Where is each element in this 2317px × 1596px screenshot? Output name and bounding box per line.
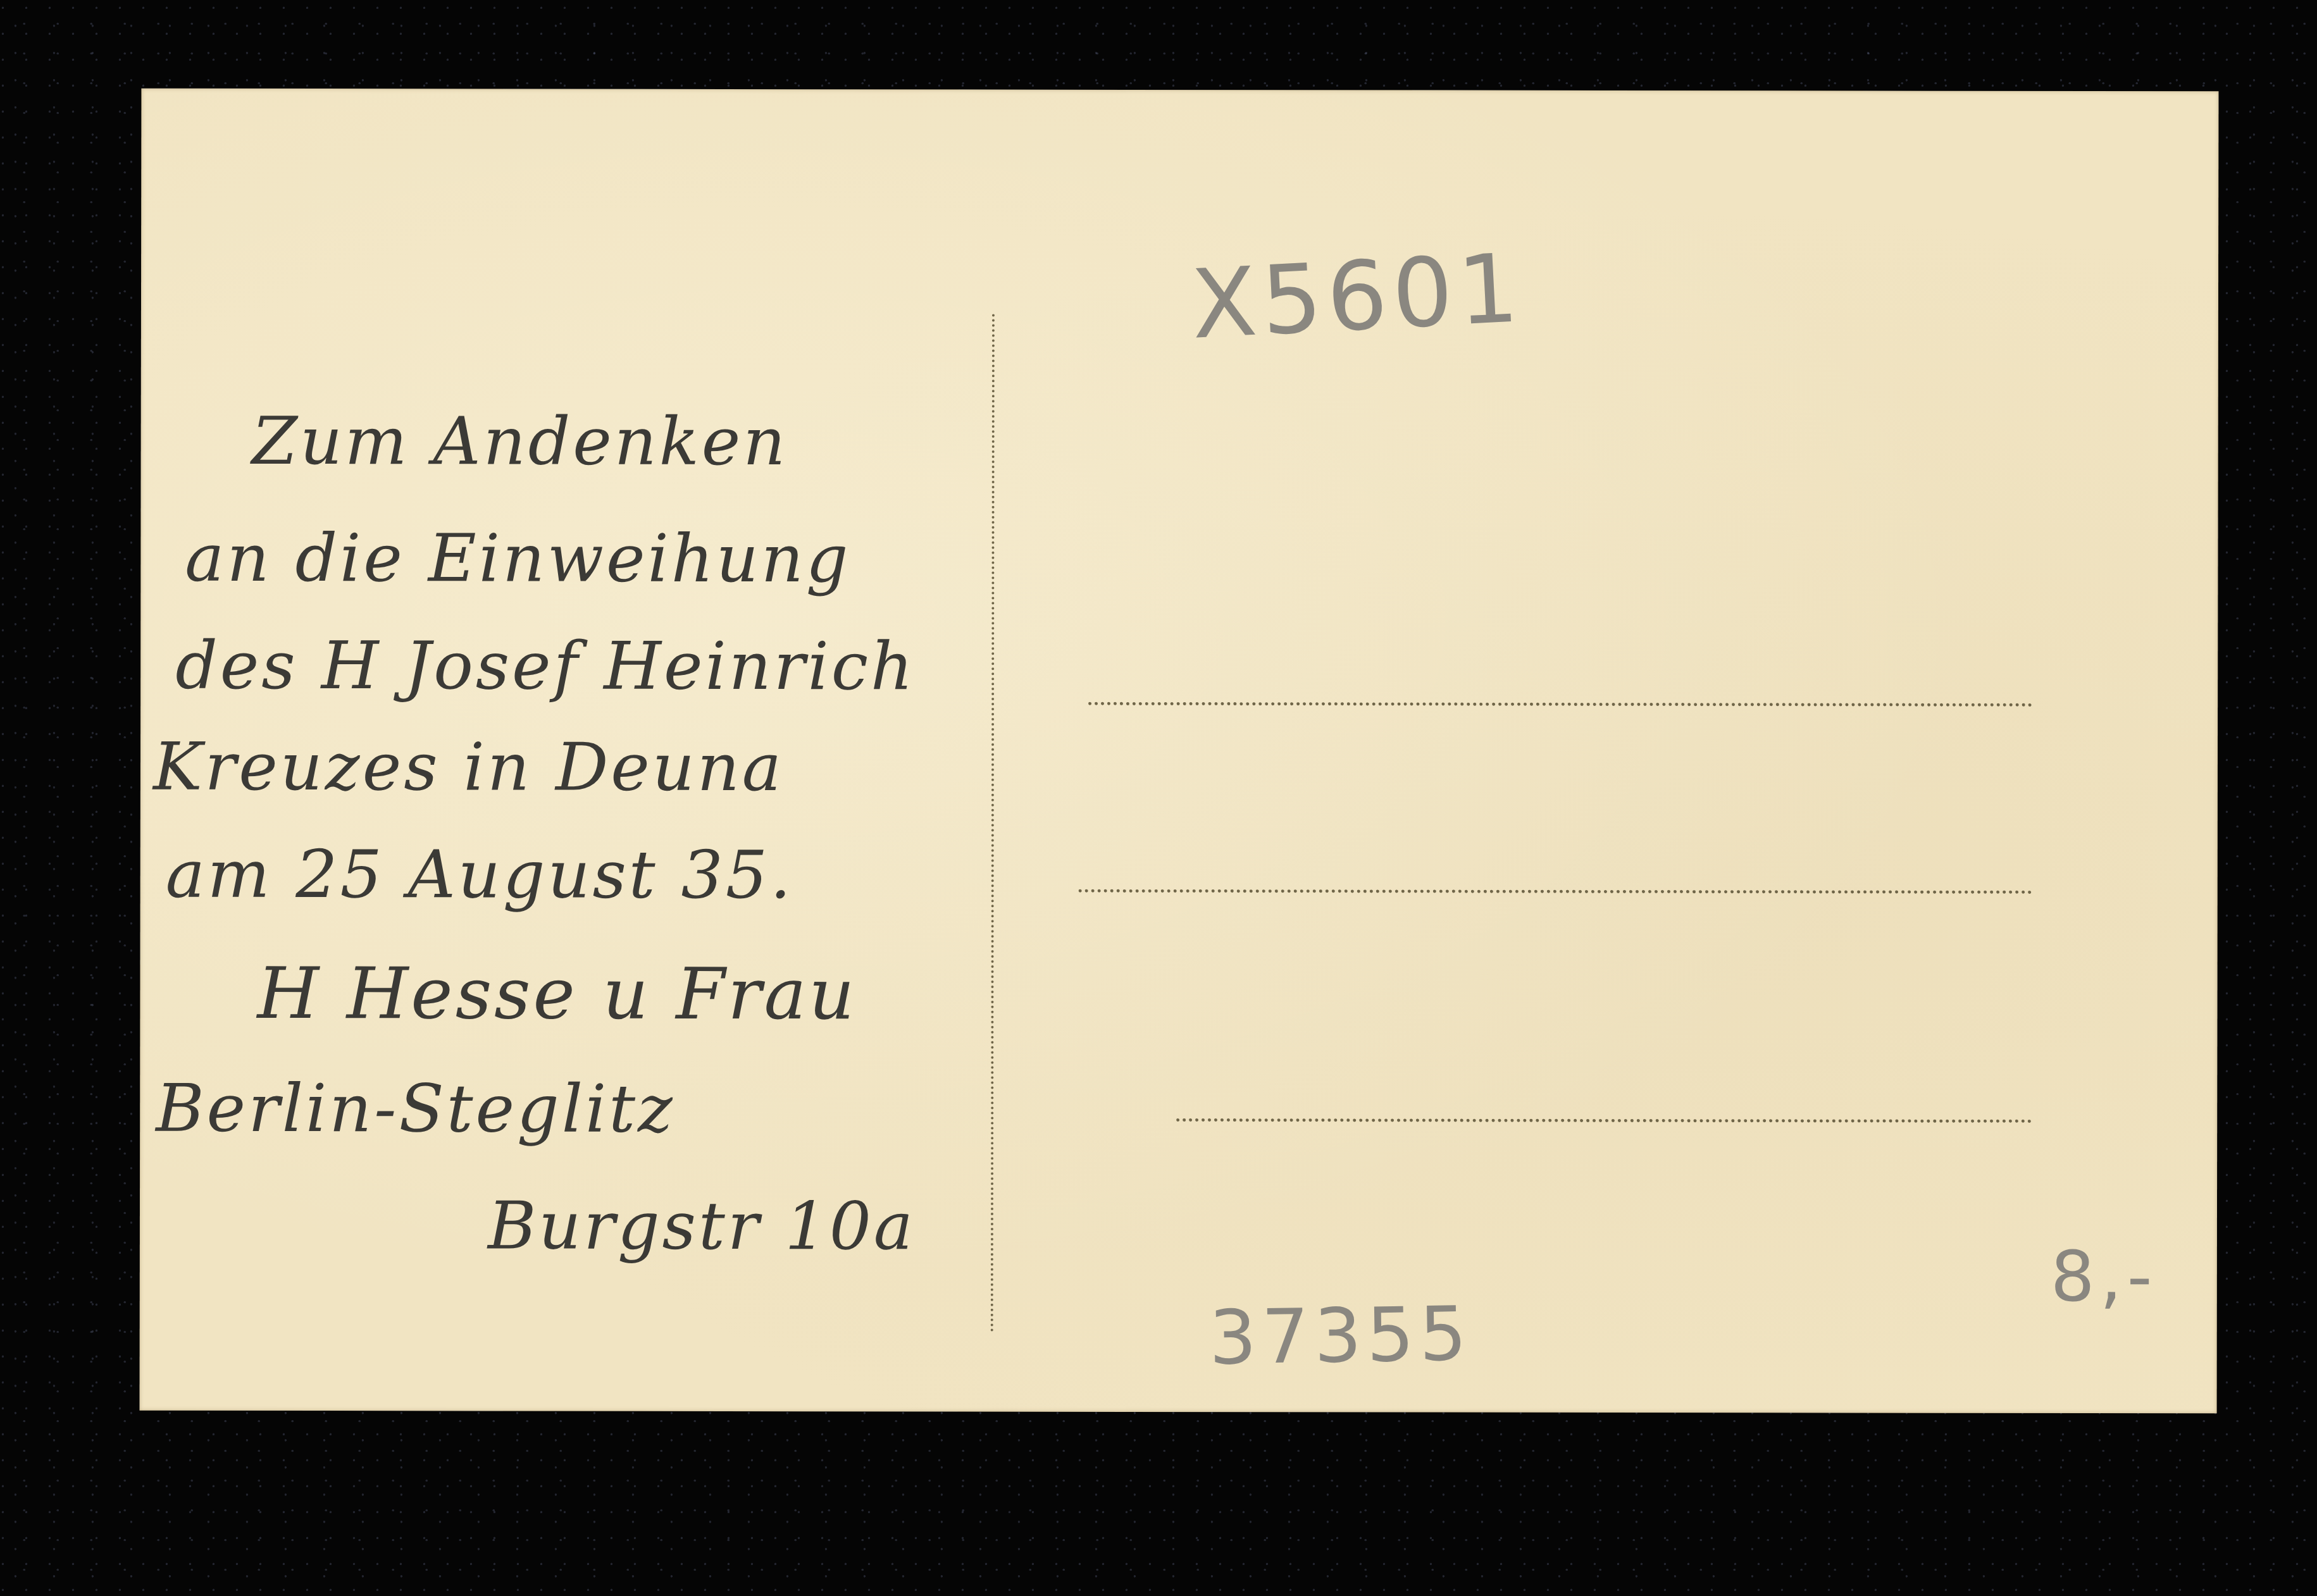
message-line-1: Zum Andenken (252, 408, 788, 474)
address-line-2 (1079, 889, 2032, 894)
message-line-8: Burgstr 10a (488, 1192, 916, 1259)
message-line-5: am 25 August 35. (166, 841, 793, 908)
message-line-6: H Hesse u Frau (257, 958, 857, 1030)
message-line-3: des H Josef Heinrich (175, 633, 916, 700)
pencil-reference-bottom: 37355 (1208, 1290, 1473, 1382)
address-line-3 (1176, 1118, 2032, 1123)
message-line-4: Kreuzes in Deuna (153, 734, 784, 800)
vertical-dotted-divider (991, 314, 995, 1333)
postcard-back: X5601 37355 8,- Zum Andenken an die Einw… (140, 89, 2219, 1414)
address-line-1 (1088, 702, 2032, 707)
pencil-reference-top: X5601 (1189, 233, 1526, 360)
message-line-7: Berlin-Steglitz (156, 1075, 675, 1142)
message-line-2: an die Einweihung (185, 525, 850, 591)
pencil-price: 8,- (2051, 1236, 2158, 1317)
